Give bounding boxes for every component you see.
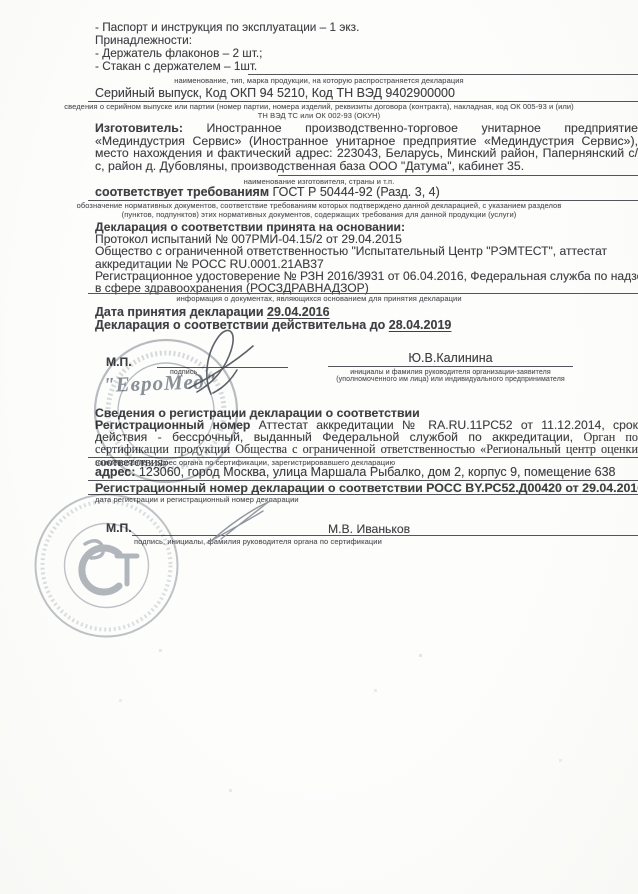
applicant-signature [183, 318, 268, 403]
divider [328, 366, 573, 367]
valid-until-value: 28.04.2019 [389, 318, 452, 332]
basis-line: Общество с ограниченной ответственностью… [95, 245, 638, 257]
caption-product: наименование, тип, марка продукции, на к… [0, 77, 638, 86]
date-accepted-value: 29.04.2016 [267, 305, 330, 319]
conformity-label: соответствует требованиям [95, 185, 269, 199]
registration-declaration-date: 29.04.2016 [582, 481, 638, 495]
conformity-line: соответствует требованиям ГОСТ Р 50444-9… [95, 186, 440, 199]
certifier-signature [203, 497, 278, 545]
serial-release-line: Серийный выпуск, Код ОКП 94 5210, Код ТН… [95, 87, 455, 100]
caption-applicant-2: (уполномоченного им лица) или индивидуал… [328, 376, 573, 385]
divider [248, 74, 638, 75]
conformity-value: ГОСТ Р 50444-92 (Разд. 3, 4) [269, 185, 440, 199]
divider [278, 175, 638, 176]
scan-noise [0, 0, 1, 1]
accessories-list: - Паспорт и инструкция по эксплуатации –… [95, 21, 359, 73]
date-accepted-label: Дата принятия декларации [95, 305, 267, 319]
valid-until-line: Декларация о соответствии действительна … [95, 319, 451, 332]
caption-basis: информация о документах, являющихся осно… [0, 295, 638, 304]
applicant-name: Ю.В.Калинина [328, 352, 573, 365]
rst-certification-stamp [33, 492, 180, 639]
manufacturer-paragraph: Изготовитель: Иностранное производственн… [95, 122, 638, 172]
declaration-of-conformity-scan: - Паспорт и инструкция по эксплуатации –… [0, 0, 638, 894]
basis-block: Декларация о соответствии принята на осн… [95, 221, 638, 294]
caption-conformity-2: (пунктов, подпунктов) этих нормативных д… [0, 211, 638, 220]
list-item: - Стакан с держателем – 1шт. [95, 60, 359, 73]
basis-line: аккредитации № РОСС RU.0001.21АВ37 [95, 258, 638, 270]
caption-serial-2: ТН ВЭД ТС или ОК 002-93 (ОКУН) [0, 112, 638, 121]
